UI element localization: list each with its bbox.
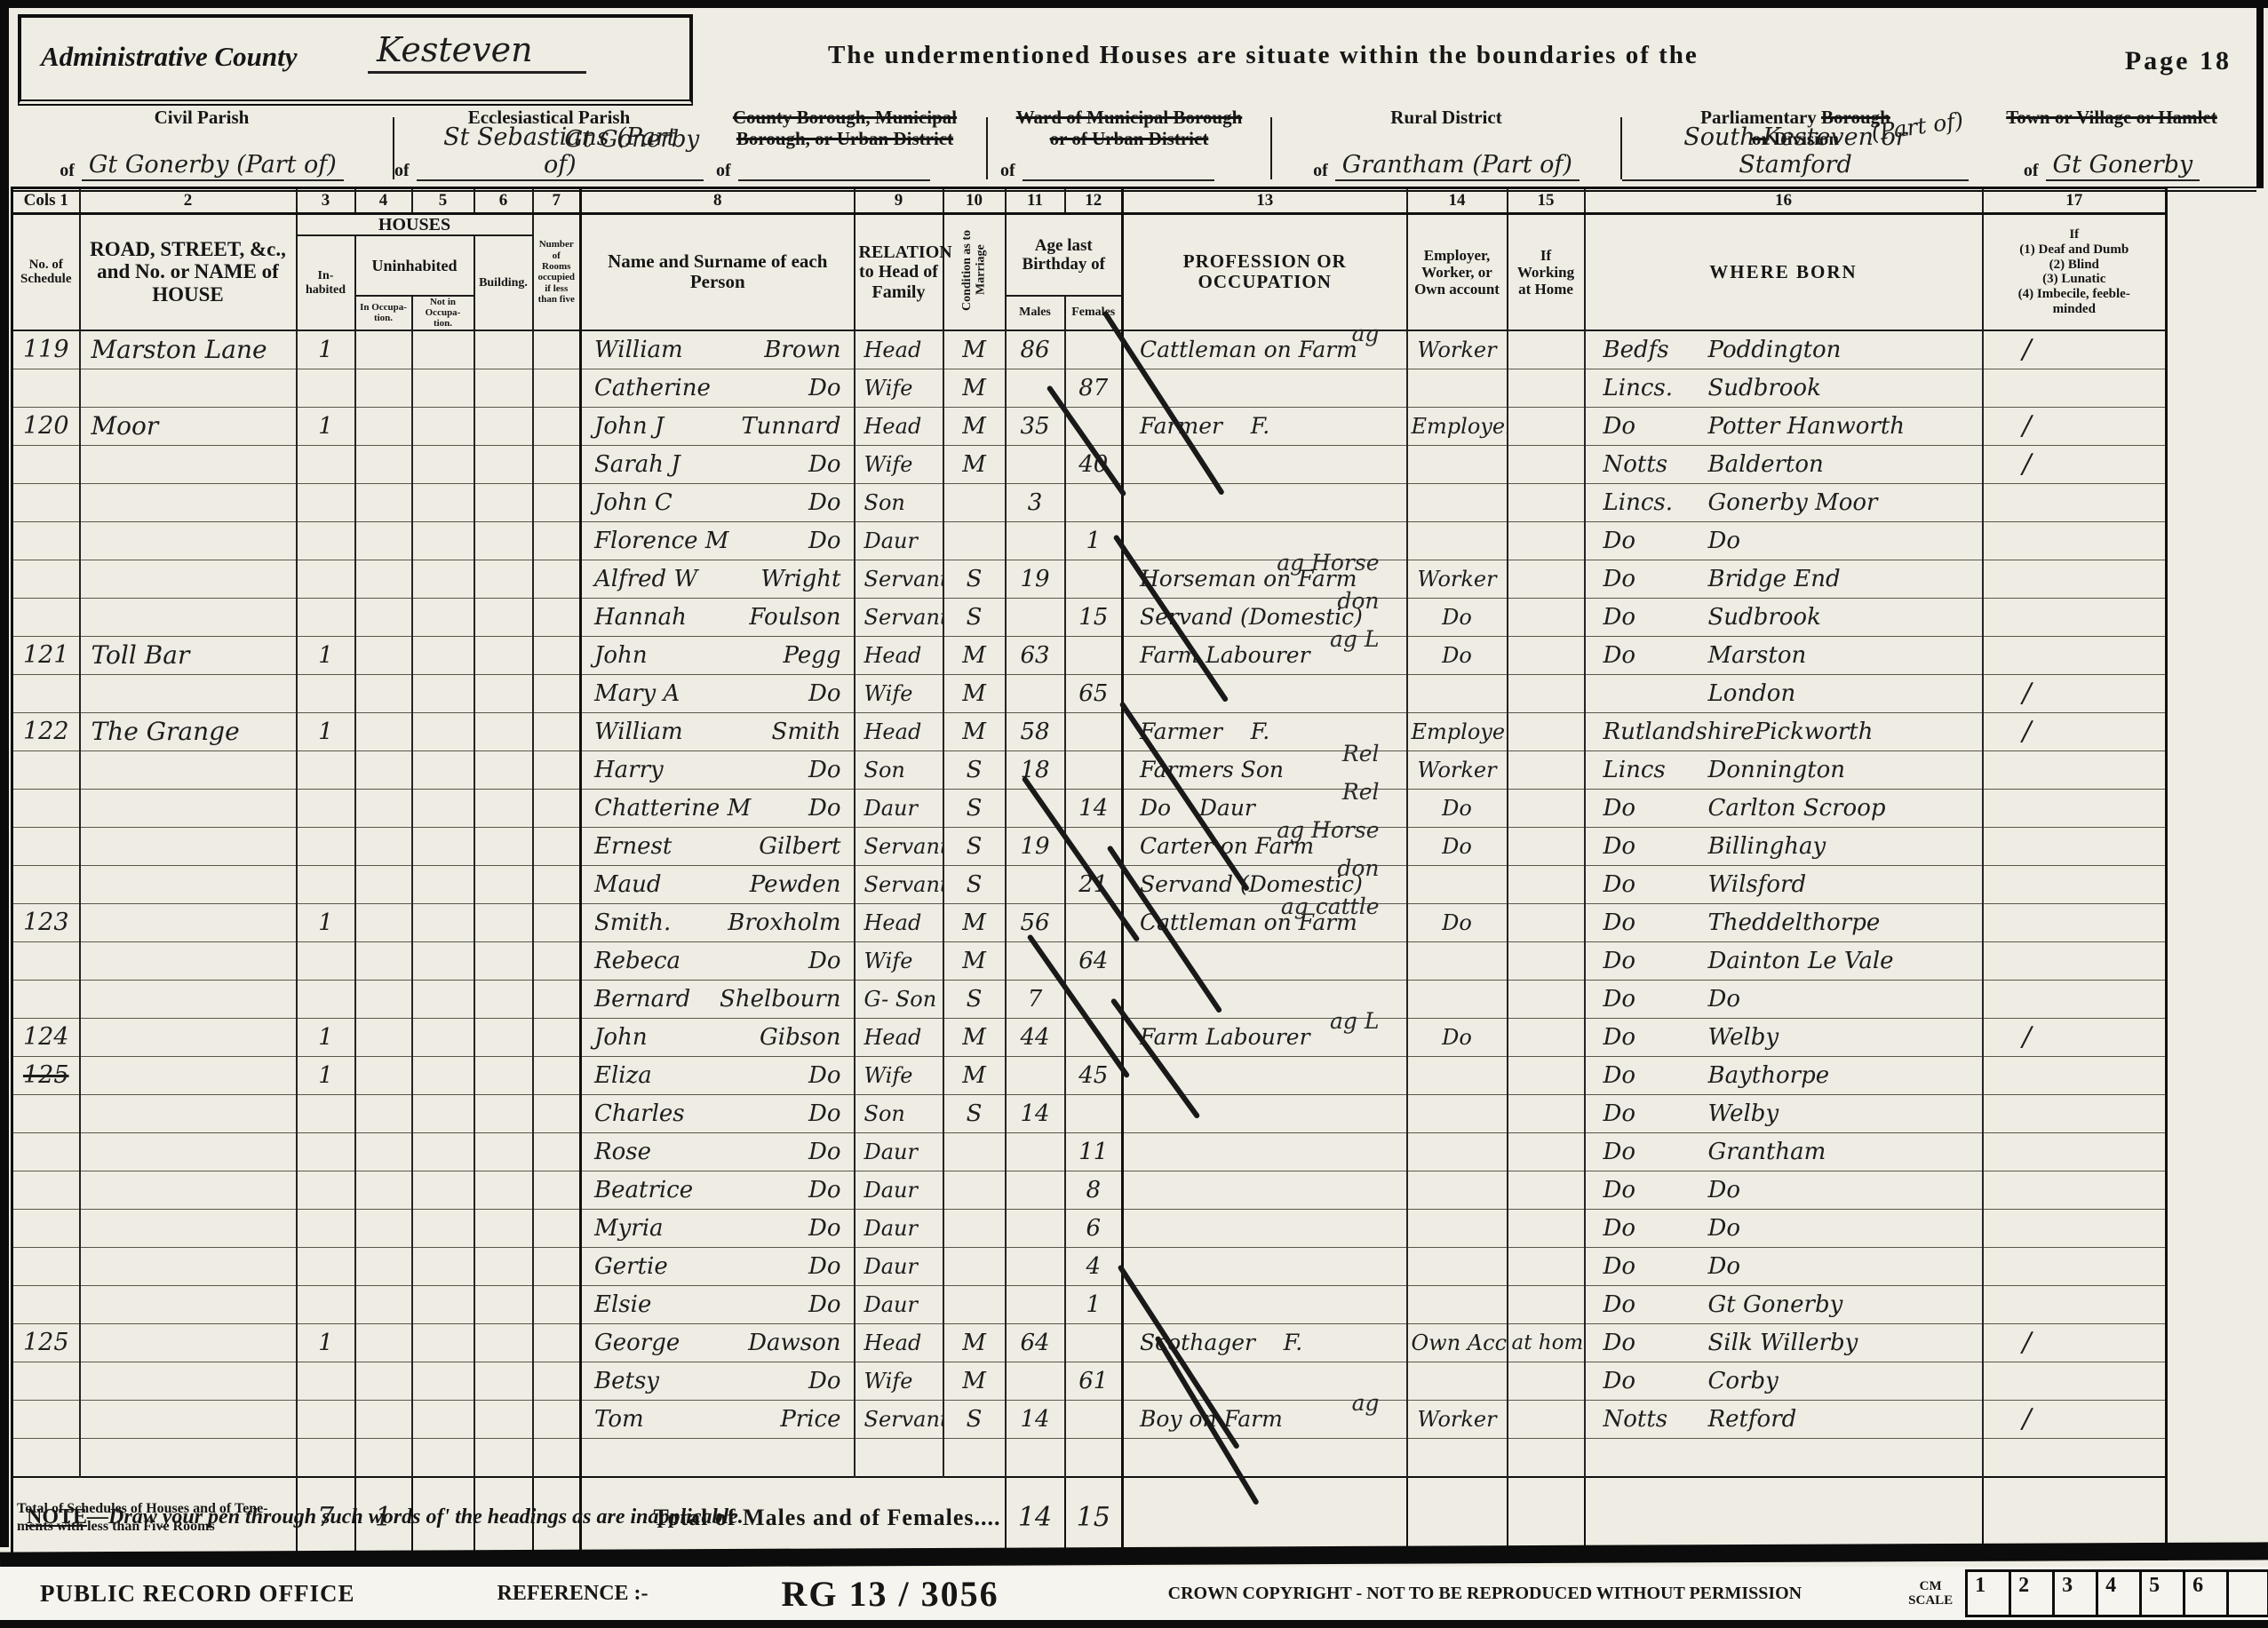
cell-employer: Worker xyxy=(1407,330,1508,369)
cell-age-male xyxy=(1006,1438,1065,1477)
cell-not-in-occupation xyxy=(412,1209,474,1247)
handwritten-text: Sarah J xyxy=(594,451,680,478)
cell-schedule xyxy=(12,483,80,521)
cell-rooms xyxy=(533,1209,581,1247)
handwritten-text: John xyxy=(594,1024,648,1051)
reference-number: RG 13 / 3056 xyxy=(782,1573,999,1615)
age-header: Age last Birthday of xyxy=(1006,214,1123,296)
cell-in-occupation xyxy=(355,1323,412,1362)
cell-infirmity: / xyxy=(1983,1400,2167,1438)
cell-not-in-occupation xyxy=(412,674,474,712)
handwritten-text: M xyxy=(962,1368,986,1394)
census-row: 1251GeorgeDawsonHeadM64Scothager F.Own A… xyxy=(12,1323,2167,1362)
cell-schedule xyxy=(12,598,80,636)
cell-not-in-occupation xyxy=(412,1056,474,1094)
handwritten-text: Do xyxy=(808,489,841,516)
handwritten-text: Wife xyxy=(859,949,913,973)
census-row: GertieDoDaur4DoDo xyxy=(12,1247,2167,1285)
infirmity-header: If (1) Deaf and Dumb (2) Blind (3) Lunat… xyxy=(1983,214,2167,330)
handwritten-text: Bernard xyxy=(594,986,690,1013)
cell-not-in-occupation xyxy=(412,980,474,1018)
handwritten-text: The Grange xyxy=(84,717,240,746)
record-office-label: PUBLIC RECORD OFFICE xyxy=(40,1580,355,1608)
cell-rooms xyxy=(533,750,581,789)
census-row: Chatterine MDoDaurS14Do DaurRelDoDoCarlt… xyxy=(12,789,2167,827)
handwritten-text: Do xyxy=(1708,1215,1741,1242)
cell-condition: M xyxy=(943,941,1006,980)
cell-employer xyxy=(1407,865,1508,903)
cell-person-name: Mary ADo xyxy=(581,674,855,712)
cell-road xyxy=(80,1209,297,1247)
cell-at-home xyxy=(1508,330,1585,369)
cell-age-female: 11 xyxy=(1065,1132,1123,1171)
totals-males: 14 xyxy=(1006,1477,1065,1560)
handwritten-text: Rose xyxy=(594,1139,651,1165)
col-number: 5 xyxy=(412,188,474,214)
handwritten-text: Worker xyxy=(1417,338,1496,362)
cell-relation: Head xyxy=(855,636,943,674)
cell-age-male xyxy=(1006,521,1065,560)
cell-building xyxy=(474,445,533,483)
cell-not-in-occupation xyxy=(412,865,474,903)
cell-building xyxy=(474,1323,533,1362)
census-row: BernardShelbournG- SonS7DoDo xyxy=(12,980,2167,1018)
handwritten-text: Wife xyxy=(859,1369,913,1394)
cell-infirmity xyxy=(1983,560,2167,598)
cell-rooms xyxy=(533,636,581,674)
cell-infirmity xyxy=(1983,1247,2167,1285)
handwritten-text: Harry xyxy=(594,757,664,783)
cell-relation: Wife xyxy=(855,1362,943,1400)
cell-age-female: 61 xyxy=(1065,1362,1123,1400)
cell-infirmity: / xyxy=(1983,1323,2167,1362)
cell-inhabited xyxy=(297,598,355,636)
handwritten-text: Worker xyxy=(1417,758,1496,782)
cell-in-occupation xyxy=(355,330,412,369)
cell-age-female: 1 xyxy=(1065,521,1123,560)
handwritten-text: Employer xyxy=(1412,414,1508,439)
handwritten-text: Retford xyxy=(1708,1406,1797,1433)
cell-schedule xyxy=(12,827,80,865)
cell-age-female xyxy=(1065,1094,1123,1132)
cell-inhabited xyxy=(297,369,355,407)
handwritten-text: William xyxy=(594,719,683,745)
cell-employer xyxy=(1407,483,1508,521)
cell-not-in-occupation xyxy=(412,1438,474,1477)
note-text: —Draw your pen through such words of' th… xyxy=(87,1505,744,1529)
handwritten-text: Son xyxy=(859,1101,905,1126)
cell-building xyxy=(474,483,533,521)
cell-where-born: DoCarlton Scroop xyxy=(1585,789,1983,827)
handwritten-text: Scothager F. xyxy=(1127,1330,1302,1355)
handwritten-text: Gertie xyxy=(594,1253,668,1280)
handwritten-text: Do xyxy=(808,1368,841,1394)
where-born-header: WHERE BORN xyxy=(1585,214,1983,330)
handwritten-text: Welby xyxy=(1708,1024,1779,1051)
county-borough-value xyxy=(738,179,930,181)
cell-relation: Daur xyxy=(855,1285,943,1323)
cell-where-born: DoMarston xyxy=(1585,636,1983,674)
cell-condition: S xyxy=(943,1094,1006,1132)
cell-age-male: 63 xyxy=(1006,636,1065,674)
handwritten-text: / xyxy=(1987,1327,2032,1358)
of-label: of xyxy=(716,161,731,181)
handwritten-text: M xyxy=(962,909,986,936)
handwritten-text: Head xyxy=(859,1330,922,1355)
cell-not-in-occupation xyxy=(412,560,474,598)
handwritten-text: at home xyxy=(1512,1331,1585,1354)
cell-building xyxy=(474,750,533,789)
infirmity-line: If xyxy=(1987,227,2162,242)
cell-schedule xyxy=(12,980,80,1018)
handwritten-text: Wilsford xyxy=(1708,871,1807,898)
cell-rooms xyxy=(533,789,581,827)
county-borough-section: County Borough, Municipal Borough, or Ur… xyxy=(704,105,986,187)
handwritten-text: Baythorpe xyxy=(1708,1062,1830,1089)
col-number: 17 xyxy=(1983,188,2167,214)
cell-inhabited xyxy=(297,980,355,1018)
cell-condition: M xyxy=(943,407,1006,445)
cell-person-name: John JTunnard xyxy=(581,407,855,445)
cell-schedule xyxy=(12,560,80,598)
handwritten-text: Lincs. xyxy=(1589,489,1708,516)
cell-age-female xyxy=(1065,636,1123,674)
cell-person-name: GeorgeDawson xyxy=(581,1323,855,1362)
handwritten-text: Shelbourn xyxy=(720,986,840,1013)
cell-condition: S xyxy=(943,980,1006,1018)
cell-profession: Farmer F. xyxy=(1123,407,1407,445)
cell-relation: Wife xyxy=(855,674,943,712)
cell-at-home xyxy=(1508,1094,1585,1132)
cell-condition: M xyxy=(943,712,1006,750)
cell-building xyxy=(474,941,533,980)
cell-profession: Cattleman on Farmag xyxy=(1123,330,1407,369)
handwritten-text: Head xyxy=(859,338,922,362)
cell-infirmity xyxy=(1983,903,2167,941)
cell-building xyxy=(474,674,533,712)
cell-person-name: JohnPegg xyxy=(581,636,855,674)
cell-at-home xyxy=(1508,712,1585,750)
cell-employer: Do xyxy=(1407,1018,1508,1056)
col-number: 11 xyxy=(1006,188,1065,214)
cell-age-male: 86 xyxy=(1006,330,1065,369)
cell-where-born: DoGt Gonerby xyxy=(1585,1285,1983,1323)
cell-age-female: 87 xyxy=(1065,369,1123,407)
town-village-section: Town or Village or Hamlet of Gt Gonerby xyxy=(1969,105,2255,187)
ward-title-line1: Ward of Municipal Borough xyxy=(988,105,1270,128)
cell-age-male: 35 xyxy=(1006,407,1065,445)
handwritten-text: Donnington xyxy=(1708,757,1846,783)
cm-scale-label: CM SCALE xyxy=(1908,1579,1953,1608)
handwritten-text: Head xyxy=(859,910,922,935)
cell-person-name: Chatterine MDo xyxy=(581,789,855,827)
cell-infirmity: / xyxy=(1983,712,2167,750)
handwritten-text: Sudbrook xyxy=(1708,604,1821,631)
cell-person-name: BeatriceDo xyxy=(581,1171,855,1209)
handwritten-text: 1 xyxy=(318,719,333,745)
cell-employer: Worker xyxy=(1407,560,1508,598)
census-body: 119Marston Lane1WilliamBrownHeadM86Cattl… xyxy=(12,330,2167,1477)
handwritten-text: M xyxy=(962,642,986,669)
cell-person-name: Alfred WWright xyxy=(581,560,855,598)
handwritten-text: 7 xyxy=(1028,986,1043,1013)
cell-relation: Daur xyxy=(855,1171,943,1209)
cell-where-born: DoPotter Hanworth xyxy=(1585,407,1983,445)
town-village-title: Town or Village or Hamlet xyxy=(1969,105,2255,128)
handwritten-text: Betsy xyxy=(594,1368,659,1394)
cell-relation: Head xyxy=(855,712,943,750)
cell-road xyxy=(80,1438,297,1477)
handwritten-text: don xyxy=(1325,855,1379,881)
handwritten-text: Balderton xyxy=(1708,451,1824,478)
cell-person-name: Sarah JDo xyxy=(581,445,855,483)
uninhabited-header: Uninhabited xyxy=(355,235,474,295)
handwritten-text: Do xyxy=(1708,1177,1741,1203)
cell-employer: Do xyxy=(1407,903,1508,941)
handwritten-text: M xyxy=(962,337,986,363)
cell-infirmity xyxy=(1983,1209,2167,1247)
handwritten-text: Pegg xyxy=(784,642,841,669)
handwritten-text: Wife xyxy=(859,452,913,477)
handwritten-text: Do xyxy=(1589,528,1708,554)
cell-age-female: 21 xyxy=(1065,865,1123,903)
cell-road xyxy=(80,1094,297,1132)
handwritten-text: 86 xyxy=(1020,337,1049,363)
handwritten-text: Employer xyxy=(1412,719,1508,744)
handwritten-text: Bridge End xyxy=(1708,566,1841,592)
cell-age-male xyxy=(1006,1056,1065,1094)
cell-infirmity xyxy=(1983,598,2167,636)
cell-not-in-occupation xyxy=(412,827,474,865)
cell-condition xyxy=(943,521,1006,560)
cell-person-name xyxy=(581,1438,855,1477)
cell-where-born: DoDo xyxy=(1585,980,1983,1018)
handwritten-text: Ernest xyxy=(594,833,672,860)
cell-in-occupation xyxy=(355,1018,412,1056)
handwritten-text: Elsie xyxy=(594,1291,651,1318)
cell-condition xyxy=(943,1438,1006,1477)
cell-in-occupation xyxy=(355,1438,412,1477)
cell-relation: Daur xyxy=(855,789,943,827)
cell-condition xyxy=(943,1285,1006,1323)
cell-building xyxy=(474,1209,533,1247)
cell-inhabited xyxy=(297,1209,355,1247)
cell-not-in-occupation xyxy=(412,1400,474,1438)
cell-relation: Daur xyxy=(855,1209,943,1247)
cell-not-in-occupation xyxy=(412,712,474,750)
handwritten-text: Do xyxy=(808,1139,841,1165)
handwritten-text: Daur xyxy=(859,1216,918,1241)
cell-rooms xyxy=(533,674,581,712)
scan-edge-left xyxy=(0,0,9,1547)
handwritten-text: Price xyxy=(780,1406,840,1433)
cell-schedule xyxy=(12,789,80,827)
cell-at-home xyxy=(1508,369,1585,407)
cell-not-in-occupation xyxy=(412,1285,474,1323)
handwritten-text: / xyxy=(1987,334,2032,365)
cell-inhabited xyxy=(297,521,355,560)
handwritten-text: S xyxy=(967,757,983,783)
handwritten-text: S xyxy=(967,1100,983,1127)
handwritten-text: Do xyxy=(1589,642,1708,669)
cell-schedule: 122 xyxy=(12,712,80,750)
cell-inhabited xyxy=(297,483,355,521)
handwritten-text: M xyxy=(962,1330,986,1356)
cell-age-male xyxy=(1006,598,1065,636)
cell-inhabited xyxy=(297,1094,355,1132)
handwritten-text: Wife xyxy=(859,1063,913,1088)
cell-at-home xyxy=(1508,521,1585,560)
census-row: ErnestGilbertServantS19Carter on Farmag … xyxy=(12,827,2167,865)
handwritten-text: Do xyxy=(1589,871,1708,898)
cell-relation: Head xyxy=(855,903,943,941)
handwritten-text: Rutlandshire xyxy=(1589,719,1755,745)
cell-profession xyxy=(1123,1247,1407,1285)
handwritten-text: Farmers Son xyxy=(1127,757,1284,782)
cell-building xyxy=(474,1285,533,1323)
rural-district-section: Rural District of Grantham (Part of) xyxy=(1272,105,1620,187)
cell-schedule: 123 xyxy=(12,903,80,941)
cell-road xyxy=(80,865,297,903)
boundary-statement: The undermentioned Houses are situate wi… xyxy=(828,41,1699,70)
handwritten-text: Do xyxy=(808,1062,841,1089)
handwritten-text: 1 xyxy=(1086,528,1101,554)
footer-bottom-bar xyxy=(0,1620,2268,1628)
cell-not-in-occupation xyxy=(412,598,474,636)
cell-road xyxy=(80,827,297,865)
handwritten-text: M xyxy=(962,1024,986,1051)
handwritten-text: Do xyxy=(1589,1024,1708,1051)
of-label: of xyxy=(2024,161,2039,181)
cell-in-occupation xyxy=(355,1132,412,1171)
handwritten-text: 19 xyxy=(1020,566,1049,592)
cell-not-in-occupation xyxy=(412,521,474,560)
cell-where-born: DoBridge End xyxy=(1585,560,1983,598)
handwritten-text: Theddelthorpe xyxy=(1708,909,1881,936)
cell-age-male: 19 xyxy=(1006,560,1065,598)
cell-at-home xyxy=(1508,980,1585,1018)
handwritten-text: George xyxy=(594,1330,680,1356)
cell-road xyxy=(80,598,297,636)
administrative-county-box: Administrative County Kesteven xyxy=(18,14,693,106)
handwritten-text: Do xyxy=(1589,604,1708,631)
census-row: Alfred WWrightServantS19Horseman on Farm… xyxy=(12,560,2167,598)
cell-person-name: ElizaDo xyxy=(581,1056,855,1094)
handwritten-text: Do xyxy=(1589,1330,1708,1356)
handwritten-text: M xyxy=(962,948,986,974)
handwritten-text: Head xyxy=(859,1025,922,1050)
cell-relation: Head xyxy=(855,1018,943,1056)
cell-condition xyxy=(943,1247,1006,1285)
cell-where-born: Lincs.Sudbrook xyxy=(1585,369,1983,407)
cell-where-born: DoDo xyxy=(1585,521,1983,560)
cell-not-in-occupation xyxy=(412,789,474,827)
cell-schedule: 125 xyxy=(12,1323,80,1362)
cell-relation: Servant xyxy=(855,560,943,598)
handwritten-text: Rel xyxy=(1330,741,1380,766)
handwritten-text: Do xyxy=(808,1215,841,1242)
cell-infirmity: / xyxy=(1983,330,2167,369)
cell-condition: S xyxy=(943,560,1006,598)
handwritten-text: 64 xyxy=(1020,1330,1049,1356)
handwritten-text: 3 xyxy=(1028,489,1043,516)
cell-rooms xyxy=(533,407,581,445)
handwritten-text: Do xyxy=(1589,1215,1708,1242)
cell-profession xyxy=(1123,1171,1407,1209)
cell-age-male xyxy=(1006,1209,1065,1247)
town-village-value: Gt Gonerby xyxy=(2046,151,2200,181)
cell-infirmity: / xyxy=(1983,674,2167,712)
record-office-strip: PUBLIC RECORD OFFICE REFERENCE :- RG 13 … xyxy=(0,1567,2268,1620)
cell-employer xyxy=(1407,674,1508,712)
handwritten-text: 1 xyxy=(318,909,333,936)
cell-road: Marston Lane xyxy=(80,330,297,369)
cell-age-male: 7 xyxy=(1006,980,1065,1018)
cell-relation: Son xyxy=(855,1094,943,1132)
cell-schedule xyxy=(12,1094,80,1132)
handwritten-text: 122 xyxy=(23,718,69,745)
cell-infirmity xyxy=(1983,1171,2167,1209)
cell-employer xyxy=(1407,1209,1508,1247)
handwritten-text: Carlton Scroop xyxy=(1708,795,1886,822)
parliamentary-section: Parliamentary Borough or Division (Part … xyxy=(1622,105,1969,187)
cell-road xyxy=(80,1323,297,1362)
handwritten-total: 14 xyxy=(1018,1502,1052,1533)
cell-condition: M xyxy=(943,1323,1006,1362)
home-header: If Working at Home xyxy=(1508,214,1585,330)
cell-schedule: 120 xyxy=(12,407,80,445)
cell-infirmity xyxy=(1983,521,2167,560)
cell-road xyxy=(80,1132,297,1171)
civil-parish-section: Civil Parish of Gt Gonerby (Part of) xyxy=(11,105,393,187)
handwritten-text: Do xyxy=(1708,528,1741,554)
handwritten-text: 35 xyxy=(1020,413,1049,440)
cell-where-born: DoDo xyxy=(1585,1247,1983,1285)
cell-schedule: 124 xyxy=(12,1018,80,1056)
handwritten-text: 15 xyxy=(1078,604,1108,631)
handwritten-text: John J xyxy=(594,413,664,440)
cell-condition xyxy=(943,483,1006,521)
handwritten-text: Do xyxy=(1589,1100,1708,1127)
cell-condition: M xyxy=(943,674,1006,712)
handwritten-text: Do xyxy=(808,528,841,554)
cell-inhabited: 1 xyxy=(297,636,355,674)
handwritten-text: Daur xyxy=(859,1140,918,1164)
cell-building xyxy=(474,1171,533,1209)
handwritten-text: Servant xyxy=(859,567,943,592)
cell-person-name: HarryDo xyxy=(581,750,855,789)
cell-age-male xyxy=(1006,1171,1065,1209)
cell-in-occupation xyxy=(355,789,412,827)
census-row: CharlesDoSonS14DoWelby xyxy=(12,1094,2167,1132)
handwritten-text: Do xyxy=(808,948,841,974)
cell-where-born: RutlandshirePickworth xyxy=(1585,712,1983,750)
handwritten-text: Mary A xyxy=(594,680,680,707)
cell-employer xyxy=(1407,369,1508,407)
handwritten-text: Do xyxy=(1708,986,1741,1013)
employer-header: Employer, Worker, or Own account xyxy=(1407,214,1508,330)
cell-building xyxy=(474,827,533,865)
handwritten-text: Tunnard xyxy=(741,413,840,440)
handwritten-text: Marston Lane xyxy=(84,335,267,364)
handwritten-text: Dawson xyxy=(748,1330,840,1356)
cell-rooms xyxy=(533,1056,581,1094)
handwritten-text: S xyxy=(967,604,983,631)
handwritten-text: / xyxy=(1987,716,2032,747)
cell-employer xyxy=(1407,1132,1508,1171)
handwritten-text: Do xyxy=(808,680,841,707)
cell-inhabited xyxy=(297,1285,355,1323)
